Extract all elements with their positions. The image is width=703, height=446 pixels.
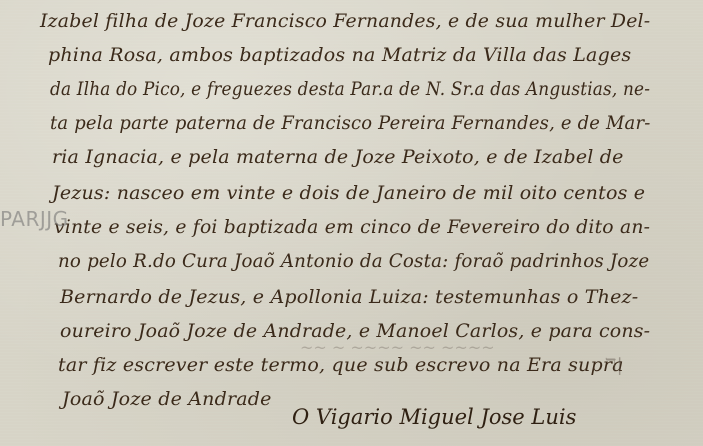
manuscript-line-6: Jezus: nasceo em vinte e dois de Janeiro… [52, 182, 645, 204]
manuscript-line-5: ria Ignacia, e pela materna de Joze Peix… [52, 146, 624, 168]
watermark: PARJJG [0, 207, 69, 231]
manuscript-line-8: no pelo R.do Cura Joaõ Antonio da Costa:… [58, 250, 649, 272]
manuscript-line-11: tar fiz escrever este termo, que sub esc… [58, 354, 624, 376]
manuscript-line-12: Joaõ Joze de Andrade [62, 388, 272, 410]
manuscript-line-3: da Ilha do Pico, e freguezes desta Par.a… [50, 78, 650, 100]
bleed-through-text: ~~ ~ ~~~~ ~~ ~~~~ [300, 338, 495, 357]
manuscript-page: Izabel filha de Joze Francisco Fernandes… [0, 0, 703, 446]
manuscript-line-7: vinte e seis, e foi baptizada em cinco d… [54, 216, 650, 238]
manuscript-line-1: Izabel filha de Joze Francisco Fernandes… [40, 10, 650, 32]
margin-mark: ℸ| [605, 355, 623, 376]
manuscript-line-4: ta pela parte paterna de Francisco Perei… [50, 112, 650, 134]
vicar-signature: O Vigario Miguel Jose Luis [292, 405, 576, 429]
manuscript-line-9: Bernardo de Jezus, e Apollonia Luiza: te… [60, 286, 638, 308]
manuscript-line-2: phina Rosa, ambos baptizados na Matriz d… [48, 44, 631, 66]
